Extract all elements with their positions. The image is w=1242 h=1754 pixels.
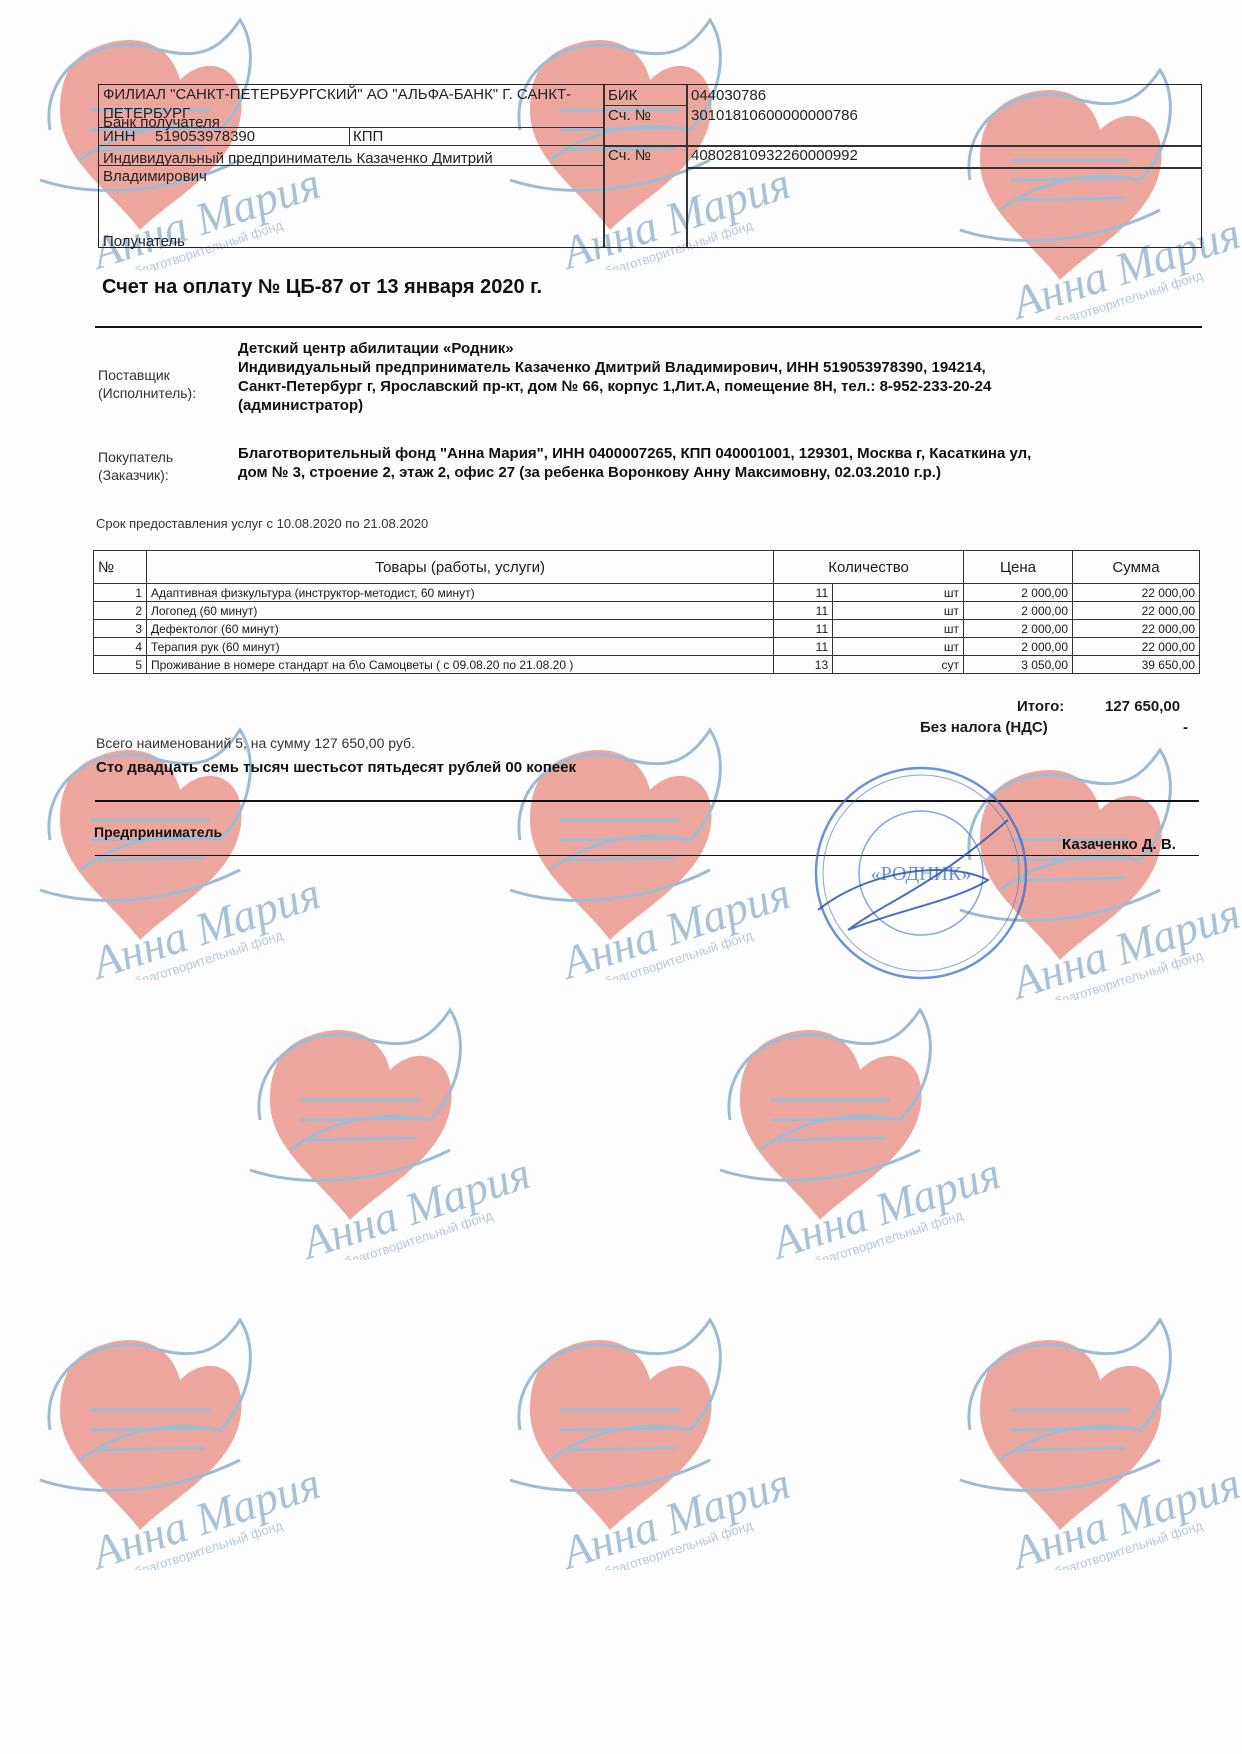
amount-in-words: Сто двадцать семь тысяч шестьсот пятьдес… [96,758,576,777]
row-name: Логопед (60 минут) [147,602,774,620]
svg-text:благотворительный фонд: благотворительный фонд [133,1517,285,1570]
row-name: Проживание в номере стандарт на б\о Само… [147,656,774,674]
service-period: Срок предоставления услуг с 10.08.2020 п… [96,515,428,533]
stamp-text: «РОДНИК» [871,863,972,885]
row-num: 1 [94,584,147,602]
row-price: 2 000,00 [964,638,1073,656]
anna-maria-logo-icon: Анна Мария благотворительный фонд [940,1310,1240,1570]
buyer-label-line: (Заказчик): [98,466,173,484]
svg-text:Анна Мария: Анна Мария [553,1457,790,1570]
svg-text:благотворительный фонд: благотворительный фонд [343,1207,495,1260]
svg-text:благотворительный фонд: благотворительный фонд [813,1207,965,1260]
account-value: 40802810932260000992 [691,147,858,164]
row-qty: 11 [774,638,833,656]
supplier-label: Поставщик (Исполнитель): [98,366,196,402]
row-num: 2 [94,602,147,620]
signer-name: Казаченко Д. В. [1062,835,1176,854]
bik-label: БИК [608,87,637,104]
total-label: Итого: [1017,698,1064,715]
table-row: 5Проживание в номере стандарт на б\о Сам… [94,656,1200,674]
supplier-line: Детский центр абилитации «Родник» [238,339,991,358]
row-sum: 22 000,00 [1073,584,1200,602]
anna-maria-logo-icon: Анна Мария благотворительный фонд [700,1000,1000,1260]
supplier-line: (администратор) [238,396,991,415]
svg-text:Анна Мария: Анна Мария [1003,887,1240,1000]
svg-text:благотворительный фонд: благотворительный фонд [1053,1517,1205,1570]
signer-role: Предприниматель [94,823,222,842]
svg-text:Анна Мария: Анна Мария [763,1147,1000,1260]
row-qty: 13 [774,656,833,674]
row-sum: 22 000,00 [1073,620,1200,638]
row-num: 5 [94,656,147,674]
col-price: Цена [964,551,1073,584]
row-unit: шт [833,620,964,638]
row-name: Дефектолог (60 минут) [147,620,774,638]
row-unit: шт [833,602,964,620]
row-qty: 11 [774,602,833,620]
svg-text:благотворительный фонд: благотворительный фонд [1053,267,1205,320]
vat-value: - [1183,719,1188,736]
recipient-label: Получатель [103,233,185,250]
corr-account-label: Сч. № [608,107,651,124]
invoice-title: Счет на оплату № ЦБ-87 от 13 января 2020… [102,276,542,299]
supplier-line: Санкт-Петербург г, Ярославский пр-кт, до… [238,377,991,396]
total-value: 127 650,00 [1105,698,1180,715]
supplier-label-line: Поставщик [98,366,196,384]
vat-label: Без налога (НДС) [920,719,1048,736]
bik-value: 044030786 [691,87,766,104]
table-row: 1Адаптивная физкультура (инструктор-мето… [94,584,1200,602]
svg-text:благотворительный фонд: благотворительный фонд [603,1517,755,1570]
row-sum: 39 650,00 [1073,656,1200,674]
items-count-summary: Всего наименований 5, на сумму 127 650,0… [96,734,415,752]
svg-text:благотворительный фонд: благотворительный фонд [603,927,755,980]
buyer-details: Благотворительный фонд "Анна Мария", ИНН… [238,444,1031,482]
table-row: 2Логопед (60 минут)11шт2 000,0022 000,00 [94,602,1200,620]
row-name: Адаптивная физкультура (инструктор-метод… [147,584,774,602]
row-price: 2 000,00 [964,584,1073,602]
row-qty: 11 [774,620,833,638]
buyer-label: Покупатель (Заказчик): [98,448,173,484]
row-sum: 22 000,00 [1073,638,1200,656]
row-num: 3 [94,620,147,638]
supplier-details: Детский центр абилитации «Родник» Индиви… [238,339,991,415]
col-num: № [94,551,147,584]
col-name: Товары (работы, услуги) [147,551,774,584]
kpp-label: КПП [353,128,383,145]
corr-account-value: 30101810600000000786 [691,107,858,124]
buyer-line: дом № 3, строение 2, этаж 2, офис 27 (за… [238,463,1031,482]
row-price: 2 000,00 [964,602,1073,620]
row-num: 4 [94,638,147,656]
svg-text:Анна Мария: Анна Мария [1003,1457,1240,1570]
svg-text:Анна Мария: Анна Мария [83,867,320,980]
col-qty: Количество [774,551,964,584]
row-unit: шт [833,638,964,656]
anna-maria-logo-icon: Анна Мария благотворительный фонд [230,1000,530,1260]
buyer-label-line: Покупатель [98,448,173,466]
inn-value: 519053978390 [155,128,255,145]
account-label: Сч. № [608,147,651,164]
row-qty: 11 [774,584,833,602]
table-header-row: № Товары (работы, услуги) Количество Цен… [94,551,1200,584]
row-unit: шт [833,584,964,602]
svg-text:Анна Мария: Анна Мария [83,1457,320,1570]
anna-maria-logo-icon: Анна Мария благотворительный фонд [20,1310,320,1570]
table-row: 4Терапия рук (60 минут)11шт2 000,0022 00… [94,638,1200,656]
svg-text:благотворительный фонд: благотворительный фонд [1053,947,1205,1000]
items-table: № Товары (работы, услуги) Количество Цен… [93,550,1200,674]
recipient-name: Индивидуальный предприниматель Казаченко… [103,150,583,186]
anna-maria-logo-icon: Анна Мария благотворительный фонд [490,1310,790,1570]
row-unit: сут [833,656,964,674]
title-divider [95,326,1202,328]
supplier-line: Индивидуальный предприниматель Казаченко… [238,358,991,377]
buyer-line: Благотворительный фонд "Анна Мария", ИНН… [238,444,1031,463]
svg-text:благотворительный фонд: благотворительный фонд [133,927,285,980]
row-sum: 22 000,00 [1073,602,1200,620]
row-price: 2 000,00 [964,620,1073,638]
inn-label: ИНН [103,128,135,145]
table-row: 3Дефектолог (60 минут)11шт2 000,0022 000… [94,620,1200,638]
svg-text:Анна Мария: Анна Мария [553,867,790,980]
supplier-label-line: (Исполнитель): [98,384,196,402]
row-price: 3 050,00 [964,656,1073,674]
company-stamp: «РОДНИК» [808,760,1034,986]
col-sum: Сумма [1073,551,1200,584]
row-name: Терапия рук (60 минут) [147,638,774,656]
bank-details-table: ФИЛИАЛ "САНКТ-ПЕТЕРБУРГСКИЙ" АО "АЛЬФА-Б… [98,84,1202,248]
svg-text:Анна Мария: Анна Мария [293,1147,530,1260]
